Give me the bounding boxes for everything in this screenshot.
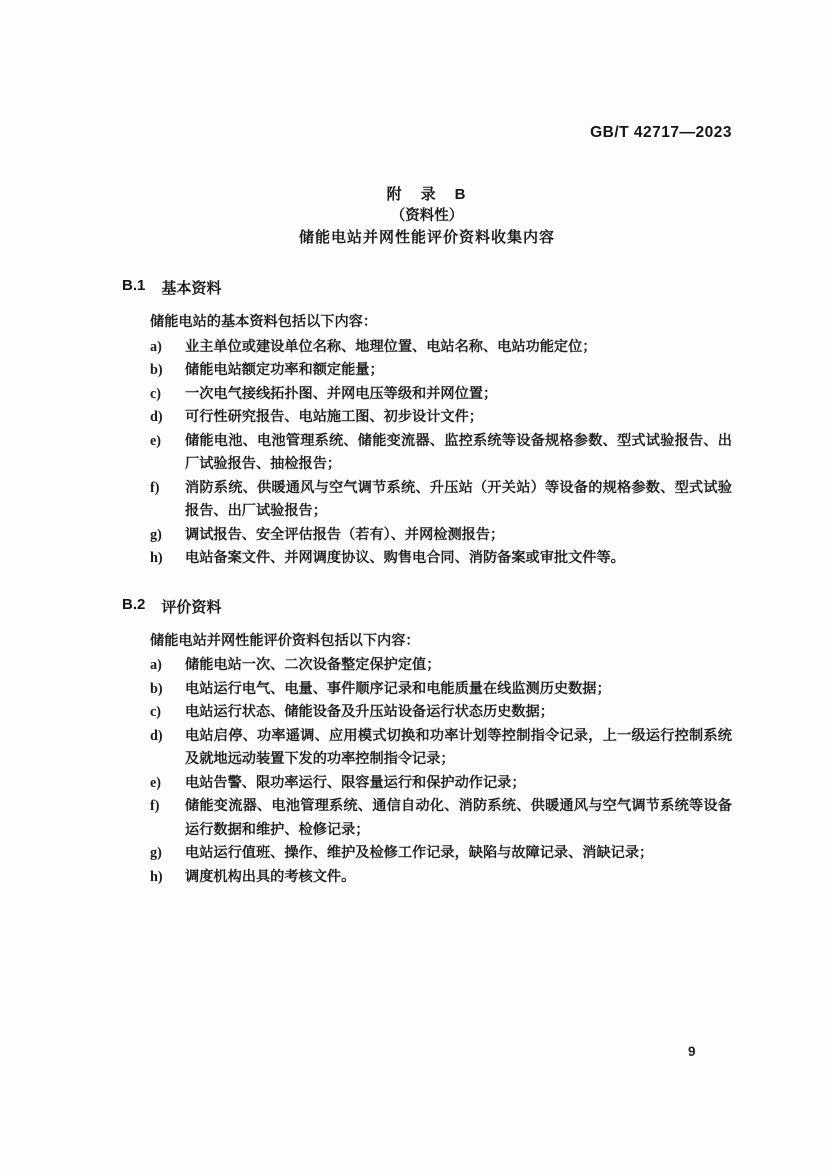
list-item-label: h) [150, 866, 185, 890]
appendix-title: 储能电站并网性能评价资料收集内容 [122, 227, 732, 249]
standard-code: GB/T 42717—2023 [122, 124, 732, 142]
list-item-label: b) [150, 678, 185, 702]
list-item-label: d) [150, 406, 185, 430]
list-item: b) 电站运行电气、电量、事件顺序记录和电能质量在线监测历史数据； [122, 678, 732, 702]
appendix-title-block: 附 录 B （资料性） 储能电站并网性能评价资料收集内容 [122, 184, 732, 249]
list-item-text: 电站运行状态、储能设备及升压站设备运行状态历史数据； [185, 701, 732, 725]
page-number: 9 [688, 1044, 696, 1059]
list-item: f) 消防系统、供暖通风与空气调节系统、升压站（开关站）等设备的规格参数、型式试… [122, 477, 732, 524]
list-item-text: 电站备案文件、并网调度协议、购售电合同、消防备案或审批文件等。 [185, 547, 732, 571]
section-b1-heading: B.1 基本资料 [122, 277, 732, 298]
list-item: c) 电站运行状态、储能设备及升压站设备运行状态历史数据； [122, 701, 732, 725]
section-b1-title: 基本资料 [161, 277, 221, 298]
list-item-text: 电站运行电气、电量、事件顺序记录和电能质量在线监测历史数据； [185, 678, 732, 702]
list-item: c) 一次电气接线拓扑图、并网电压等级和并网位置； [122, 383, 732, 407]
list-item-label: c) [150, 701, 185, 725]
list-item-text: 可行性研究报告、电站施工图、初步设计文件； [185, 406, 732, 430]
list-item-text: 储能电站一次、二次设备整定保护定值； [185, 654, 732, 678]
list-item-text: 储能变流器、电池管理系统、通信自动化、消防系统、供暖通风与空气调节系统等设备运行… [185, 795, 732, 842]
list-item-label: g) [150, 524, 185, 548]
appendix-type: （资料性） [122, 205, 732, 227]
section-b1: B.1 基本资料 储能电站的基本资料包括以下内容： a) 业主单位或建设单位名称… [122, 277, 732, 571]
section-b1-items: a) 业主单位或建设单位名称、地理位置、电站名称、电站功能定位； b) 储能电站… [122, 336, 732, 571]
list-item: b) 储能电站额定功率和额定能量； [122, 359, 732, 383]
list-item-label: b) [150, 359, 185, 383]
list-item-text: 消防系统、供暖通风与空气调节系统、升压站（开关站）等设备的规格参数、型式试验报告… [185, 477, 732, 524]
list-item: g) 电站运行值班、操作、维护及检修工作记录，缺陷与故障记录、消缺记录； [122, 842, 732, 866]
section-b2-heading: B.2 评价资料 [122, 596, 732, 617]
list-item: g) 调试报告、安全评估报告（若有）、并网检测报告； [122, 524, 732, 548]
list-item-label: e) [150, 772, 185, 796]
list-item: e) 储能电池、电池管理系统、储能变流器、监控系统等设备规格参数、型式试验报告、… [122, 430, 732, 477]
section-b1-intro: 储能电站的基本资料包括以下内容： [150, 311, 732, 335]
list-item-text: 电站告警、限功率运行、限容量运行和保护动作记录； [185, 772, 732, 796]
page-content: GB/T 42717—2023 附 录 B （资料性） 储能电站并网性能评价资料… [122, 124, 732, 889]
list-item-label: a) [150, 654, 185, 678]
document-page: GB/T 42717—2023 附 录 B （资料性） 储能电站并网性能评价资料… [0, 0, 826, 1169]
list-item-text: 一次电气接线拓扑图、并网电压等级和并网位置； [185, 383, 732, 407]
list-item-label: g) [150, 842, 185, 866]
list-item-text: 调试报告、安全评估报告（若有）、并网检测报告； [185, 524, 732, 548]
list-item-text: 储能电站额定功率和额定能量； [185, 359, 732, 383]
list-item-label: c) [150, 383, 185, 407]
list-item-label: h) [150, 547, 185, 571]
list-item-label: a) [150, 336, 185, 360]
appendix-heading: 附 录 B [122, 184, 732, 205]
list-item-label: f) [150, 477, 185, 524]
section-b2-items: a) 储能电站一次、二次设备整定保护定值； b) 电站运行电气、电量、事件顺序记… [122, 654, 732, 889]
list-item: a) 储能电站一次、二次设备整定保护定值； [122, 654, 732, 678]
list-item-text: 业主单位或建设单位名称、地理位置、电站名称、电站功能定位； [185, 336, 732, 360]
section-b2: B.2 评价资料 储能电站并网性能评价资料包括以下内容： a) 储能电站一次、二… [122, 596, 732, 890]
list-item: h) 电站备案文件、并网调度协议、购售电合同、消防备案或审批文件等。 [122, 547, 732, 571]
list-item-label: d) [150, 725, 185, 772]
list-item-label: f) [150, 795, 185, 842]
list-item: f) 储能变流器、电池管理系统、通信自动化、消防系统、供暖通风与空气调节系统等设… [122, 795, 732, 842]
list-item-text: 储能电池、电池管理系统、储能变流器、监控系统等设备规格参数、型式试验报告、出厂试… [185, 430, 732, 477]
section-b2-title: 评价资料 [161, 596, 221, 617]
list-item: d) 电站启停、功率遥调、应用模式切换和功率计划等控制指令记录，上一级运行控制系… [122, 725, 732, 772]
section-b2-intro: 储能电站并网性能评价资料包括以下内容： [150, 630, 732, 654]
section-b2-number: B.2 [122, 596, 145, 617]
list-item-label: e) [150, 430, 185, 477]
list-item: e) 电站告警、限功率运行、限容量运行和保护动作记录； [122, 772, 732, 796]
list-item-text: 调度机构出具的考核文件。 [185, 866, 732, 890]
list-item-text: 电站运行值班、操作、维护及检修工作记录，缺陷与故障记录、消缺记录； [185, 842, 732, 866]
list-item: h) 调度机构出具的考核文件。 [122, 866, 732, 890]
list-item-text: 电站启停、功率遥调、应用模式切换和功率计划等控制指令记录，上一级运行控制系统及就… [185, 725, 732, 772]
list-item: a) 业主单位或建设单位名称、地理位置、电站名称、电站功能定位； [122, 336, 732, 360]
list-item: d) 可行性研究报告、电站施工图、初步设计文件； [122, 406, 732, 430]
section-b1-number: B.1 [122, 277, 145, 298]
